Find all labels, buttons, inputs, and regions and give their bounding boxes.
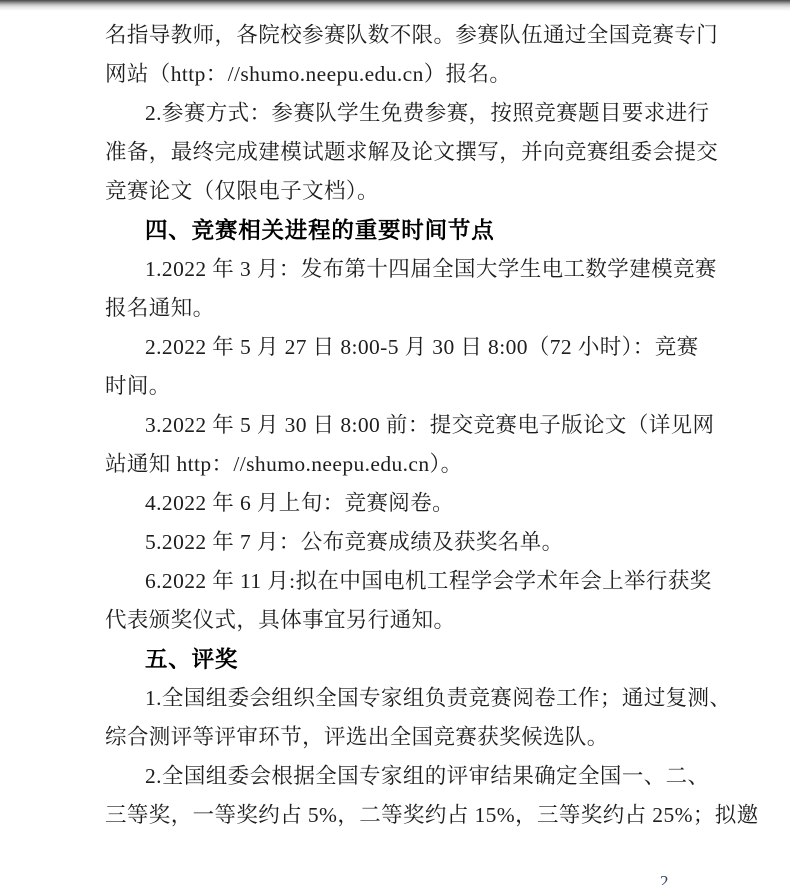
section-heading-timeline: 四、竞赛相关进程的重要时间节点	[145, 211, 745, 250]
timeline-item-3: 3.2022 年 5 月 30 日 8:00 前：提交竞赛电子版论文（详见网	[145, 406, 745, 445]
awards-item-2: 2.全国组委会根据全国专家组的评审结果确定全国一、二、	[145, 757, 745, 796]
paragraph-line: 代表颁奖仪式，具体事宜另行通知。	[105, 601, 745, 640]
awards-item-1: 1.全国组委会组织全国专家组负责竞赛阅卷工作；通过复测、	[145, 679, 745, 718]
timeline-item-1: 1.2022 年 3 月：发布第十四届全国大学生电工数学建模竞赛	[145, 250, 745, 289]
paragraph-line: 报名通知。	[105, 289, 745, 328]
paragraph-line: 站通知 http：//shumo.neepu.edu.cn）。	[105, 445, 745, 484]
paragraph-line: 2.参赛方式：参赛队学生免费参赛，按照竞赛题目要求进行	[145, 94, 745, 133]
paragraph-line: 网站（http：//shumo.neepu.edu.cn）报名。	[105, 55, 745, 94]
section-heading-awards: 五、评奖	[145, 640, 745, 679]
paragraph-line: 三等奖，一等奖约占 5%，二等奖约占 15%，三等奖约占 25%；拟邀	[105, 796, 745, 835]
paragraph-line: 名指导教师，各院校参赛队数不限。参赛队伍通过全国竞赛专门	[105, 16, 745, 55]
paragraph-line: 准备，最终完成建模试题求解及论文撰写，并向竞赛组委会提交	[105, 133, 745, 172]
paragraph-line: 时间。	[105, 367, 745, 406]
timeline-item-5: 5.2022 年 7 月：公布竞赛成绩及获奖名单。	[145, 523, 745, 562]
paragraph-line: 竞赛论文（仅限电子文档）。	[105, 172, 745, 211]
page-number: 2	[660, 872, 669, 885]
timeline-item-2: 2.2022 年 5 月 27 日 8:00-5 月 30 日 8:00（72 …	[145, 328, 745, 367]
paragraph-line: 综合测评等评审环节，评选出全国竞赛获奖候选队。	[105, 718, 745, 757]
document-page: 名指导教师，各院校参赛队数不限。参赛队伍通过全国竞赛专门 网站（http：//s…	[0, 0, 790, 885]
timeline-item-4: 4.2022 年 6 月上旬：竞赛阅卷。	[145, 484, 745, 523]
document-text-flow: 名指导教师，各院校参赛队数不限。参赛队伍通过全国竞赛专门 网站（http：//s…	[0, 0, 790, 835]
timeline-item-6: 6.2022 年 11 月:拟在中国电机工程学会学术年会上举行获奖	[145, 562, 745, 601]
